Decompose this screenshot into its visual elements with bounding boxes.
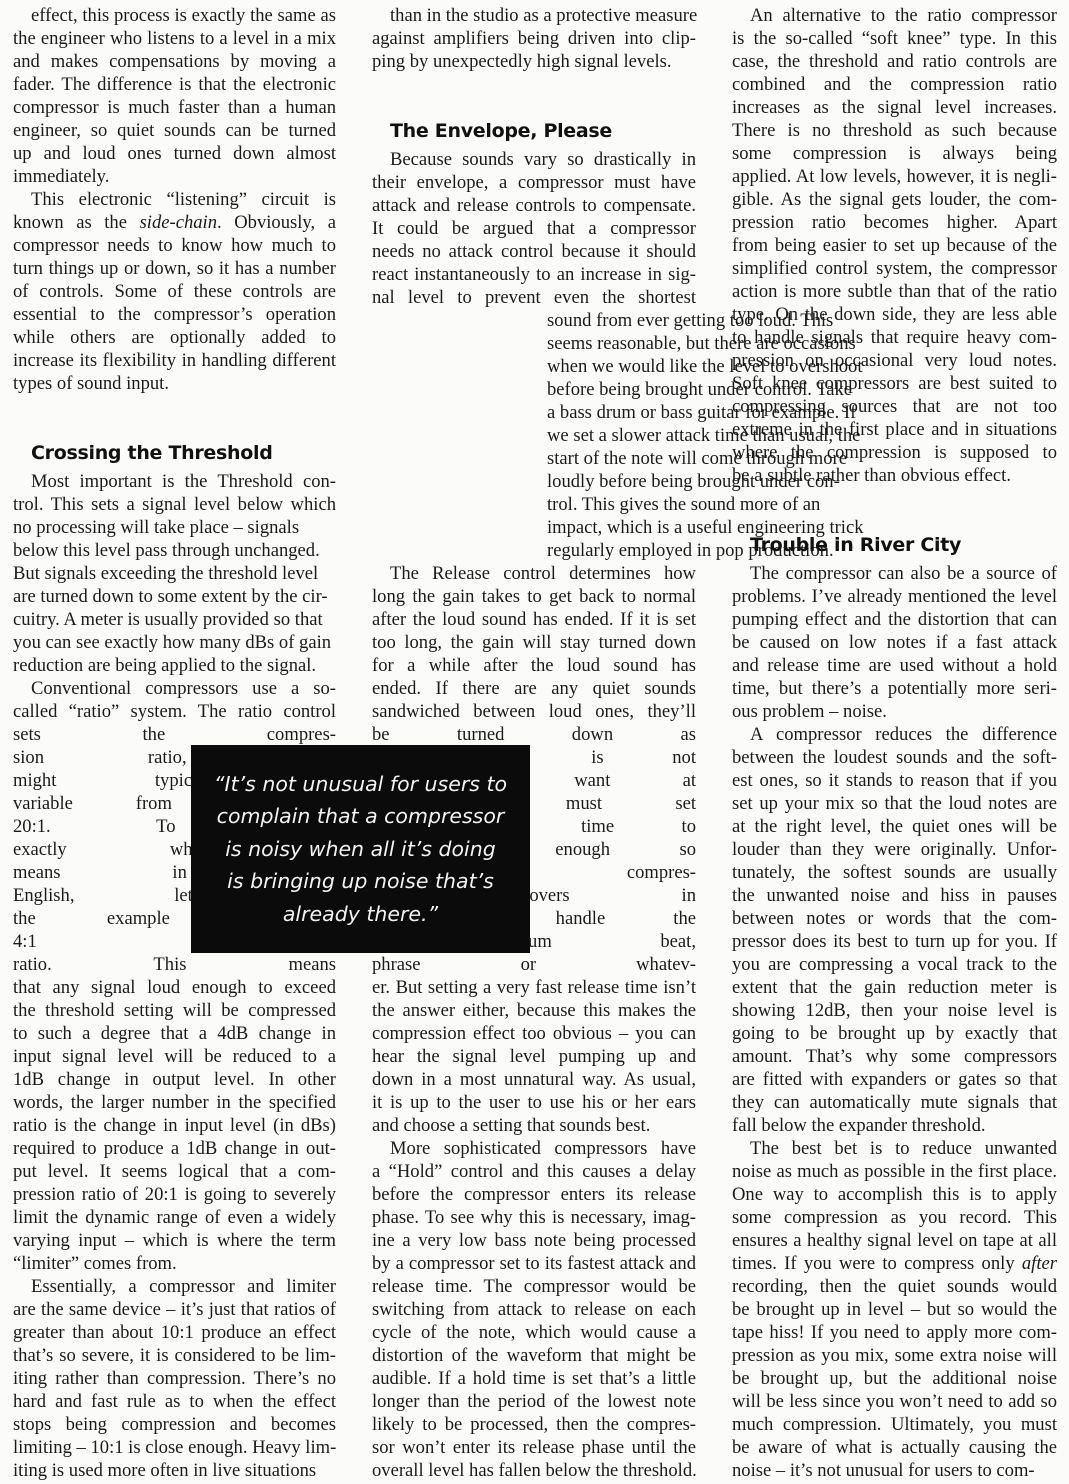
text-line: sandwiched between loud ones, they’ll [372, 700, 696, 723]
text-line: that any signal loud enough to exceed [13, 976, 336, 999]
text-line: increases as the signal level increases. [732, 96, 1057, 119]
text-line: that’s so severe, it is considered to be… [13, 1344, 336, 1367]
text-line: and release time are used without a hold [732, 654, 1057, 677]
text-line: be caused on low notes if a fast attack [732, 631, 1057, 654]
text-line: trol. This gives the sound more of an [547, 493, 696, 516]
text-line: simplified control system, the compresso… [732, 257, 1057, 280]
text-line: you can see exactly how many dBs of gain [13, 631, 166, 654]
text-line: Because sounds vary so drastically in [372, 148, 696, 171]
text-line: Most important is the Threshold con- [13, 470, 336, 493]
text-line: their envelope, a compressor must have [372, 171, 696, 194]
text-line: long the gain takes to get back to norma… [372, 585, 696, 608]
text-line: too long, the gain will stay turned down [372, 631, 696, 654]
text-line: the unwanted noise and hiss in pauses [732, 884, 1057, 907]
text-line: turn things up or down, so it has a numb… [13, 257, 336, 280]
text-line: This electronic “listening” circuit is [13, 188, 336, 211]
text-line: are turned down to some extent by the ci… [13, 585, 166, 608]
text-line: from being easier to set up because of t… [732, 234, 1057, 257]
text-line: be brought up in level – but so would th… [732, 1298, 1057, 1321]
text-line: ratio is the change in input level (in d… [13, 1114, 336, 1137]
text-line: between the loudest sounds and the soft- [732, 746, 1057, 769]
text-line: extent that the gain reduction meter is [732, 976, 1057, 999]
text-line: Conventional compressors use a so- [13, 677, 336, 700]
text-line: reduction are being applied to the signa… [13, 654, 166, 677]
text-line: for a while after the loud sound has [372, 654, 696, 677]
text-line: But signals exceeding the threshold leve… [13, 562, 166, 585]
text-line: er. But setting a very fast release time… [372, 976, 696, 999]
text-line: ensures a healthy signal level on tape a… [732, 1229, 1057, 1252]
text-line: compressor is much faster than a human [13, 96, 336, 119]
text-line: compression effect too obvious – you can [372, 1022, 696, 1045]
text-line: words, the larger number in the specifie… [13, 1091, 336, 1114]
text-line: react instantaneously to an increase in … [372, 263, 696, 286]
text-line: pression on occasional very loud notes. [732, 349, 1057, 372]
text-line: immediately. [13, 165, 336, 188]
text-line: to handle signals that require heavy com… [732, 326, 1057, 349]
text-line: engineer, so quiet sounds can be turned [13, 119, 336, 142]
text-line: stops being compression and becomes [13, 1413, 336, 1436]
text-line: recording, then the quiet sounds would [732, 1275, 1057, 1298]
text-line: combined and the compression ratio [732, 73, 1057, 96]
text-line: limit the dynamic range of even a widely [13, 1206, 336, 1229]
text-line: below this level pass through unchanged. [13, 539, 166, 562]
section-heading: The Envelope, Please [390, 119, 612, 143]
text-line: no processing will take place – signals [13, 516, 166, 539]
text-line: fader. The difference is that the electr… [13, 73, 336, 96]
text-line: pression ratio of 20:1 is going to sever… [13, 1183, 336, 1206]
text-line: down in a most unnatural way. As usual, [372, 1068, 696, 1091]
text-line: times. If you were to compress only afte… [732, 1252, 1057, 1275]
text-line: type. On the down side, they are less ab… [732, 303, 1057, 326]
text-line: the answer either, because this makes th… [372, 999, 696, 1022]
text-line: ended. If there are any quiet sounds [372, 677, 696, 700]
text-line: compressor needs to know how much to [13, 234, 336, 257]
text-line: and makes compensations by moving a [13, 50, 336, 73]
pull-quote-line: is bringing up noise that’s [227, 865, 494, 898]
text-line: showing 12dB, then your noise level is [732, 999, 1057, 1022]
text-line: time, but there’s a potentially more ser… [732, 677, 1057, 700]
text-line: cuitry. A meter is usually provided so t… [13, 608, 166, 631]
text-line: The compressor can also be a source of [732, 562, 1057, 585]
text-line: noise – it’s not unusual for users to co… [732, 1459, 1057, 1482]
text-line: One way to accomplish this is to apply [732, 1183, 1057, 1206]
text-line: are fitted with expanders or gates so th… [732, 1068, 1057, 1091]
text-line: while others are optionally added to [13, 326, 336, 349]
text-line: sor won’t enter its release phase until … [372, 1436, 696, 1459]
text-line: action is more subtle than that of the r… [732, 280, 1057, 303]
text-line: amount. That’s why some compressors [732, 1045, 1057, 1068]
text-line: to such a degree that a 4dB change in [13, 1022, 336, 1045]
text-line: called “ratio” system. The ratio control [13, 700, 336, 723]
pull-quote-line: is noisy when all it’s doing [225, 833, 496, 866]
emphasis: side-chain [140, 212, 217, 233]
text-line: be a subtle rather than obvious effect. [732, 464, 1057, 487]
text-line: problems. I’ve already mentioned the lev… [732, 585, 1057, 608]
text-line: trol. This sets a signal level below whi… [13, 493, 336, 516]
text-line: cycle of the note, which would cause a [372, 1321, 696, 1344]
text-line: known as the side-chain. Obviously, a [13, 211, 336, 234]
section-heading: Crossing the Threshold [31, 441, 273, 465]
text-line: ratio. This means [13, 953, 336, 976]
text-line: overall level has fallen below the thres… [372, 1459, 696, 1482]
text-line: The Release control determines how [372, 562, 696, 585]
text-line: A compressor reduces the difference [732, 723, 1057, 746]
text-line: input signal level will be reduced to a [13, 1045, 336, 1068]
text-line: a “Hold” control and this causes a delay [372, 1160, 696, 1183]
text-line: start of the note will come through more [547, 447, 696, 470]
text-line: sets the compres- [13, 723, 336, 746]
text-line: pumping effect and the distortion that c… [732, 608, 1057, 631]
text-line: will be less since you won’t need to add… [732, 1390, 1057, 1413]
text-line: than in the studio as a protective measu… [372, 4, 696, 27]
text-line: ping by unexpectedly high signal levels. [372, 50, 696, 73]
text-line: be brought up, but the additional noise [732, 1367, 1057, 1390]
pull-quote-line: already there.” [283, 898, 438, 931]
text-line: switching from attack to release on each [372, 1298, 696, 1321]
text-line: phase. To see why this is necessary, ima… [372, 1206, 696, 1229]
text-line: required to produce a 1dB change in out- [13, 1137, 336, 1160]
text-line: compressing sources that are not too [732, 395, 1057, 418]
text-line: going to be brought up by exactly that [732, 1022, 1057, 1045]
text-line: Essentially, a compressor and limiter [13, 1275, 336, 1298]
text-line: are the same device – it’s just that rat… [13, 1298, 336, 1321]
text-line: iting is used more often in live situati… [13, 1459, 336, 1482]
text-line: The best bet is to reduce unwanted [732, 1137, 1057, 1160]
text-line: the threshold setting will be compressed [13, 999, 336, 1022]
text-line: likely to be processed, then the compres… [372, 1413, 696, 1436]
text-line: at the right level, the quiet ones will … [732, 815, 1057, 838]
text-line: when we would like the level to overshoo… [547, 355, 696, 378]
text-line: between notes or words that the com- [732, 907, 1057, 930]
text-line: against amplifiers being driven into cli… [372, 27, 696, 50]
text-line: some compression as you record. This [732, 1206, 1057, 1229]
text-line: pressor does its best to turn up for you… [732, 930, 1057, 953]
text-line: be aware of what is actually causing the [732, 1436, 1057, 1459]
text-line: est ones, so it stands to reason that if… [732, 769, 1057, 792]
text-line: varying input – which is where the term [13, 1229, 336, 1252]
text-line: distortion of the waveform that might be [372, 1344, 696, 1367]
pull-quote-line: “It’s not unusual for users to [214, 768, 507, 801]
text-line: we set a slower attack time than usual, … [547, 424, 696, 447]
text-line: impact, which is a useful engineering tr… [547, 516, 696, 539]
text-line: seems reasonable, but there are occasion… [547, 332, 696, 355]
text-line: be turned down as [372, 723, 696, 746]
text-line: applied. At low levels, however, it is n… [732, 165, 1057, 188]
text-line: audible. If a hold time is set that’s a … [372, 1367, 696, 1390]
text-line: It could be argued that a compressor [372, 217, 696, 240]
text-line: they can automatically mute signals that [732, 1091, 1057, 1114]
text-line: and choose a setting that sounds best. [372, 1114, 696, 1137]
text-line: case, the threshold and ratio controls a… [732, 50, 1057, 73]
magazine-page: effect, this process is exactly the same… [0, 0, 1069, 1484]
text-line: An alternative to the ratio compressor [732, 4, 1057, 27]
section-heading: Trouble in River City [750, 533, 961, 557]
text-line: a bass drum or bass guitar for example. … [547, 401, 696, 424]
text-line: types of sound input. [13, 372, 336, 395]
text-line: gible. As the signal gets louder, the co… [732, 188, 1057, 211]
text-line: More sophisticated compressors have [372, 1137, 696, 1160]
emphasis: after [1022, 1253, 1057, 1274]
text-line: release time. The compressor would be [372, 1275, 696, 1298]
text-line: extreme in the first place and in situat… [732, 418, 1057, 441]
text-line: limiting – 10:1 is close enough. Heavy l… [13, 1436, 336, 1459]
text-line: some compression is always being [732, 142, 1057, 165]
text-line: tape hiss! If you need to apply more com… [732, 1321, 1057, 1344]
text-line: before the compressor enters its release [372, 1183, 696, 1206]
text-line: by a compressor set to its fastest attac… [372, 1252, 696, 1275]
text-line: louder than they were originally. Unfor- [732, 838, 1057, 861]
text-line: greater than about 10:1 produce an effec… [13, 1321, 336, 1344]
text-line: up and loud ones turned down almost [13, 142, 336, 165]
text-line: There is no threshold as such because [732, 119, 1057, 142]
text-line: pression as you mix, some extra noise wi… [732, 1344, 1057, 1367]
text-line: fall below the expander threshold. [732, 1114, 1057, 1137]
text-line: is the so-called “soft knee” type. In th… [732, 27, 1057, 50]
text-line: sound from ever getting too loud. This [547, 309, 696, 332]
text-line: Soft knee compressors are best suited to [732, 372, 1057, 395]
text-line: of controls. Some of these controls are [13, 280, 336, 303]
text-line: hear the signal level pumping up and [372, 1045, 696, 1068]
text-line: needs no attack control because it shoul… [372, 240, 696, 263]
text-line: it is up to the user to use his or her e… [372, 1091, 696, 1114]
text-line: after the loud sound has ended. If it is… [372, 608, 696, 631]
text-line: loudly before being brought under con- [547, 470, 696, 493]
text-line: pression ratio becomes higher. Apart [732, 211, 1057, 234]
text-line: iting rather than compression. There’s n… [13, 1367, 336, 1390]
text-line: phrase or whatev- [372, 953, 696, 976]
text-line: you are compressing a vocal track to the [732, 953, 1057, 976]
text-line: “limiter” comes from. [13, 1252, 336, 1275]
text-line: tunately, the softest sounds are usually [732, 861, 1057, 884]
text-line: the engineer who listens to a level in a… [13, 27, 336, 50]
text-line: increase its flexibility in handling dif… [13, 349, 336, 372]
text-line: much compression. Ultimately, you must [732, 1413, 1057, 1436]
pull-quote: “It’s not unusual for users to complain … [191, 745, 530, 953]
text-line: ine a very low bass note being processed [372, 1229, 696, 1252]
text-line: before being brought under control. Take [547, 378, 696, 401]
text-line: essential to the compressor’s operation [13, 303, 336, 326]
text-line: regularly employed in pop production. [547, 539, 696, 562]
text-line: ous problem – noise. [732, 700, 1057, 723]
text-line: effect, this process is exactly the same… [13, 4, 336, 27]
text-line: where the compression is supposed to [732, 441, 1057, 464]
text-line: put level. It seems logical that a com- [13, 1160, 336, 1183]
text-line: set up your mix so that the loud notes a… [732, 792, 1057, 815]
text-line: longer than the period of the lowest not… [372, 1390, 696, 1413]
pull-quote-line: complain that a compressor [217, 800, 505, 833]
text-line: 1dB change in output level. In other [13, 1068, 336, 1091]
text-line: nal level to prevent even the shortest [372, 286, 696, 309]
text-line: hard and fast rule as to when the effect [13, 1390, 336, 1413]
text-line: attack and release controls to compensat… [372, 194, 696, 217]
text-line: noise as much as possible in the first p… [732, 1160, 1057, 1183]
